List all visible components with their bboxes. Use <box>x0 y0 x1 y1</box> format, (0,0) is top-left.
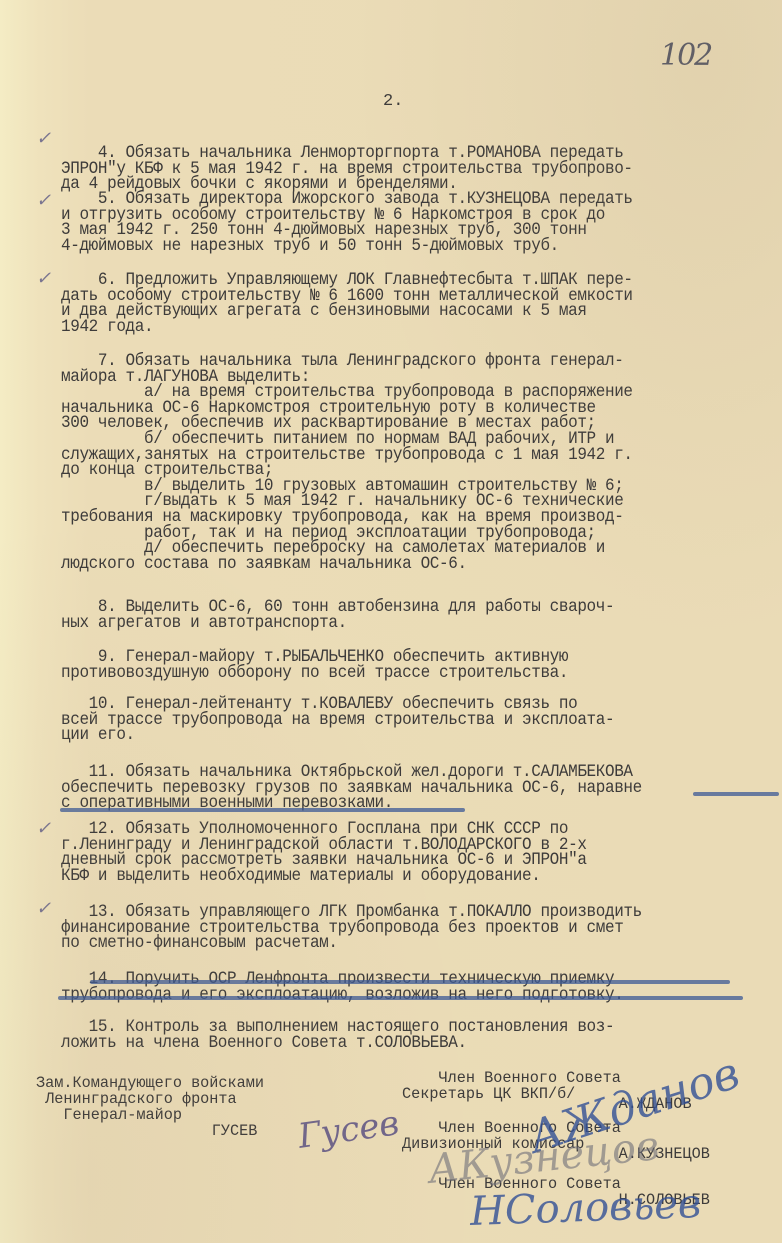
paragraph-8: 8. Выделить ОС-6, 60 тонн автобензина дл… <box>61 600 740 631</box>
strikethrough-mark <box>58 996 743 1000</box>
paragraph-line: ции его. <box>61 728 740 744</box>
signatory-title-line: Член Военного Совета <box>402 1120 710 1136</box>
signatory-title-line: Член Военного Совета <box>402 1070 692 1086</box>
strikethrough-mark <box>60 808 465 812</box>
paragraph-4: 4. Обязать начальника Ленморторгпорта т.… <box>61 146 740 193</box>
paragraph-12: 12. Обязать Уполномоченного Госплана при… <box>61 822 740 884</box>
page-number: 2. <box>383 92 403 111</box>
check-mark-icon: ✓ <box>36 818 51 839</box>
folio-number: 102 <box>660 38 711 73</box>
signatory-title-line: Ленинградского фронта <box>36 1091 264 1107</box>
paragraph-10: 10. Генерал-лейтенанту т.КОВАЛЕВУ обеспе… <box>61 697 740 744</box>
paragraph-line: по сметно-финансовым расчетам. <box>61 936 740 952</box>
check-mark-icon: ✓ <box>36 268 51 289</box>
check-mark-icon: ✓ <box>36 898 51 919</box>
paragraph-6: 6. Предложить Управляющему ЛОК Главнефте… <box>61 273 740 335</box>
paragraph-line: 1942 года. <box>61 320 740 336</box>
paragraph-line: людского состава по заявкам начальника О… <box>61 557 740 573</box>
paragraph-15: 15. Контроль за выполнением настоящего п… <box>61 1020 740 1051</box>
paragraph-line: ложить на члена Военного Совета т.СОЛОВЬ… <box>61 1036 740 1052</box>
signatory-title-line: Член Военного Совета <box>402 1176 710 1192</box>
paragraph-5: 5. Обязать директора Ижорского завода т.… <box>61 192 740 254</box>
check-mark-icon: ✓ <box>36 190 51 211</box>
paragraph-line: КБФ и выделить необходимые материалы и о… <box>61 869 740 885</box>
paragraph-line: всей трассе трубопровода на время строит… <box>61 713 740 729</box>
paragraph-11: 11. Обязать начальника Октябрьской жел.д… <box>61 765 740 812</box>
paragraph-line: 4-дюймовых не нарезных труб и 50 тонн 5-… <box>61 239 740 255</box>
paragraph-7: 7. Обязать начальника тыла Ленинградског… <box>61 354 740 572</box>
check-mark-icon: ✓ <box>36 128 51 149</box>
strikethrough-mark <box>90 980 730 984</box>
signatory-name: ГУСЕВ <box>36 1123 264 1139</box>
strikethrough-mark <box>693 792 779 796</box>
paragraph-9: 9. Генерал-майору т.РЫБАЛЬЧЕНКО обеспечи… <box>61 650 740 681</box>
signatory-block: Член Военного СоветаДивизионный комиссар… <box>402 1120 710 1162</box>
signatory-title-line: Генерал-майор <box>36 1107 264 1123</box>
document-page: 102 2. 4. Обязать начальника Ленморторгп… <box>0 0 782 1243</box>
paragraph-line: и два действующих агрегата с бензиновыми… <box>61 304 740 320</box>
signatory-title-line: Зам.Командующего войсками <box>36 1075 264 1091</box>
signatory-block: Член Военного СоветаСекретарь ЦК ВКП/б/А… <box>402 1070 692 1112</box>
signatory-name: Н.СОЛОВЬЕВ <box>402 1192 710 1208</box>
signature-gusev: Гусев <box>296 1103 402 1157</box>
paragraph-13: 13. Обязать управляющего ЛГК Промбанка т… <box>61 905 740 952</box>
paragraph-line: противовоздушную обборону по всей трассе… <box>61 666 740 682</box>
paragraph-line: ных агрегатов и автотранспорта. <box>61 616 740 632</box>
signatory-gusev: Зам.Командующего войсками Ленинградского… <box>36 1075 264 1139</box>
signatory-block: Член Военного СоветаН.СОЛОВЬЕВ <box>402 1176 710 1208</box>
